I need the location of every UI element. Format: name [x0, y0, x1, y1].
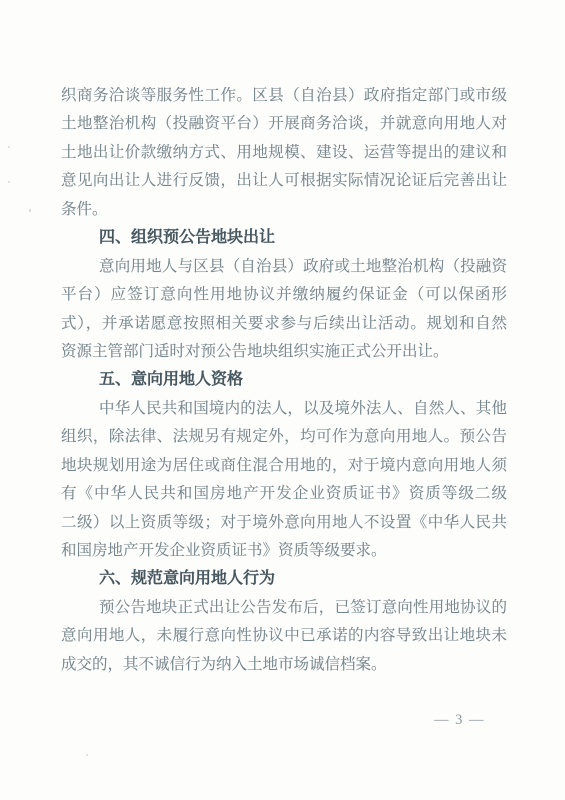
- section-4-heading: 四、组织预公告地块出让: [61, 224, 507, 252]
- doc-line: 地块规划用途为居住或商住混合用地的，对于境内意向用地人须: [61, 452, 507, 480]
- document-text-block: 织商务洽谈等服务性工作。区县（自治县）政府指定部门或市级 土地整治机构（投融资平…: [61, 82, 507, 679]
- doc-line: 二级）以上资质等级；对于境外意向用地人不设置《中华人民共: [61, 509, 507, 537]
- section-6-heading: 六、规范意向用地人行为: [61, 565, 507, 593]
- doc-line: 式），并承诺愿意按照相关要求参与后续出让活动。规划和自然: [61, 310, 507, 338]
- scan-speck: [86, 754, 88, 756]
- doc-line: 土地出让价款缴纳方式、用地规模、建设、运营等提出的建议和: [61, 139, 507, 167]
- section-5-heading: 五、意向用地人资格: [61, 366, 507, 394]
- doc-line: 织商务洽谈等服务性工作。区县（自治县）政府指定部门或市级: [61, 82, 507, 110]
- doc-line: 意向用地人与区县（自治县）政府或土地整治机构（投融资: [61, 253, 507, 281]
- doc-line: 预公告地块正式出让公告发布后，已签订意向性用地协议的: [61, 594, 507, 622]
- doc-line: 意向用地人，未履行意向性协议中已承诺的内容导致出让地块未: [61, 622, 507, 650]
- doc-line: 组织，除法律、法规另有规定外，均可作为意向用地人。预公告: [61, 423, 507, 451]
- doc-line: 平台）应签订意向性用地协议并缴纳履约保证金（可以保函形: [61, 281, 507, 309]
- scan-speck: [8, 181, 10, 183]
- doc-line: 土地整治机构（投融资平台）开展商务洽谈，并就意向用地人对: [61, 110, 507, 138]
- doc-line: 有《中华人民共和国房地产开发企业资质证书》资质等级二级（含: [61, 480, 507, 508]
- page-number: — 3 —: [425, 710, 485, 730]
- scan-speck: [8, 146, 10, 148]
- scanned-document-page: 织商务洽谈等服务性工作。区县（自治县）政府指定部门或市级 土地整治机构（投融资平…: [0, 0, 565, 800]
- doc-line: 成交的，其不诚信行为纳入土地市场诚信档案。: [61, 651, 507, 679]
- scan-speck: [29, 209, 31, 212]
- doc-line: 资源主管部门适时对预公告地块组织实施正式公开出让。: [61, 338, 507, 366]
- doc-line: 条件。: [61, 196, 507, 224]
- doc-line: 意见向出让人进行反馈，出让人可根据实际情况论证后完善出让: [61, 167, 507, 195]
- doc-line: 和国房地产开发企业资质证书》资质等级要求。: [61, 537, 507, 565]
- doc-line: 中华人民共和国境内的法人，以及境外法人、自然人、其他: [61, 395, 507, 423]
